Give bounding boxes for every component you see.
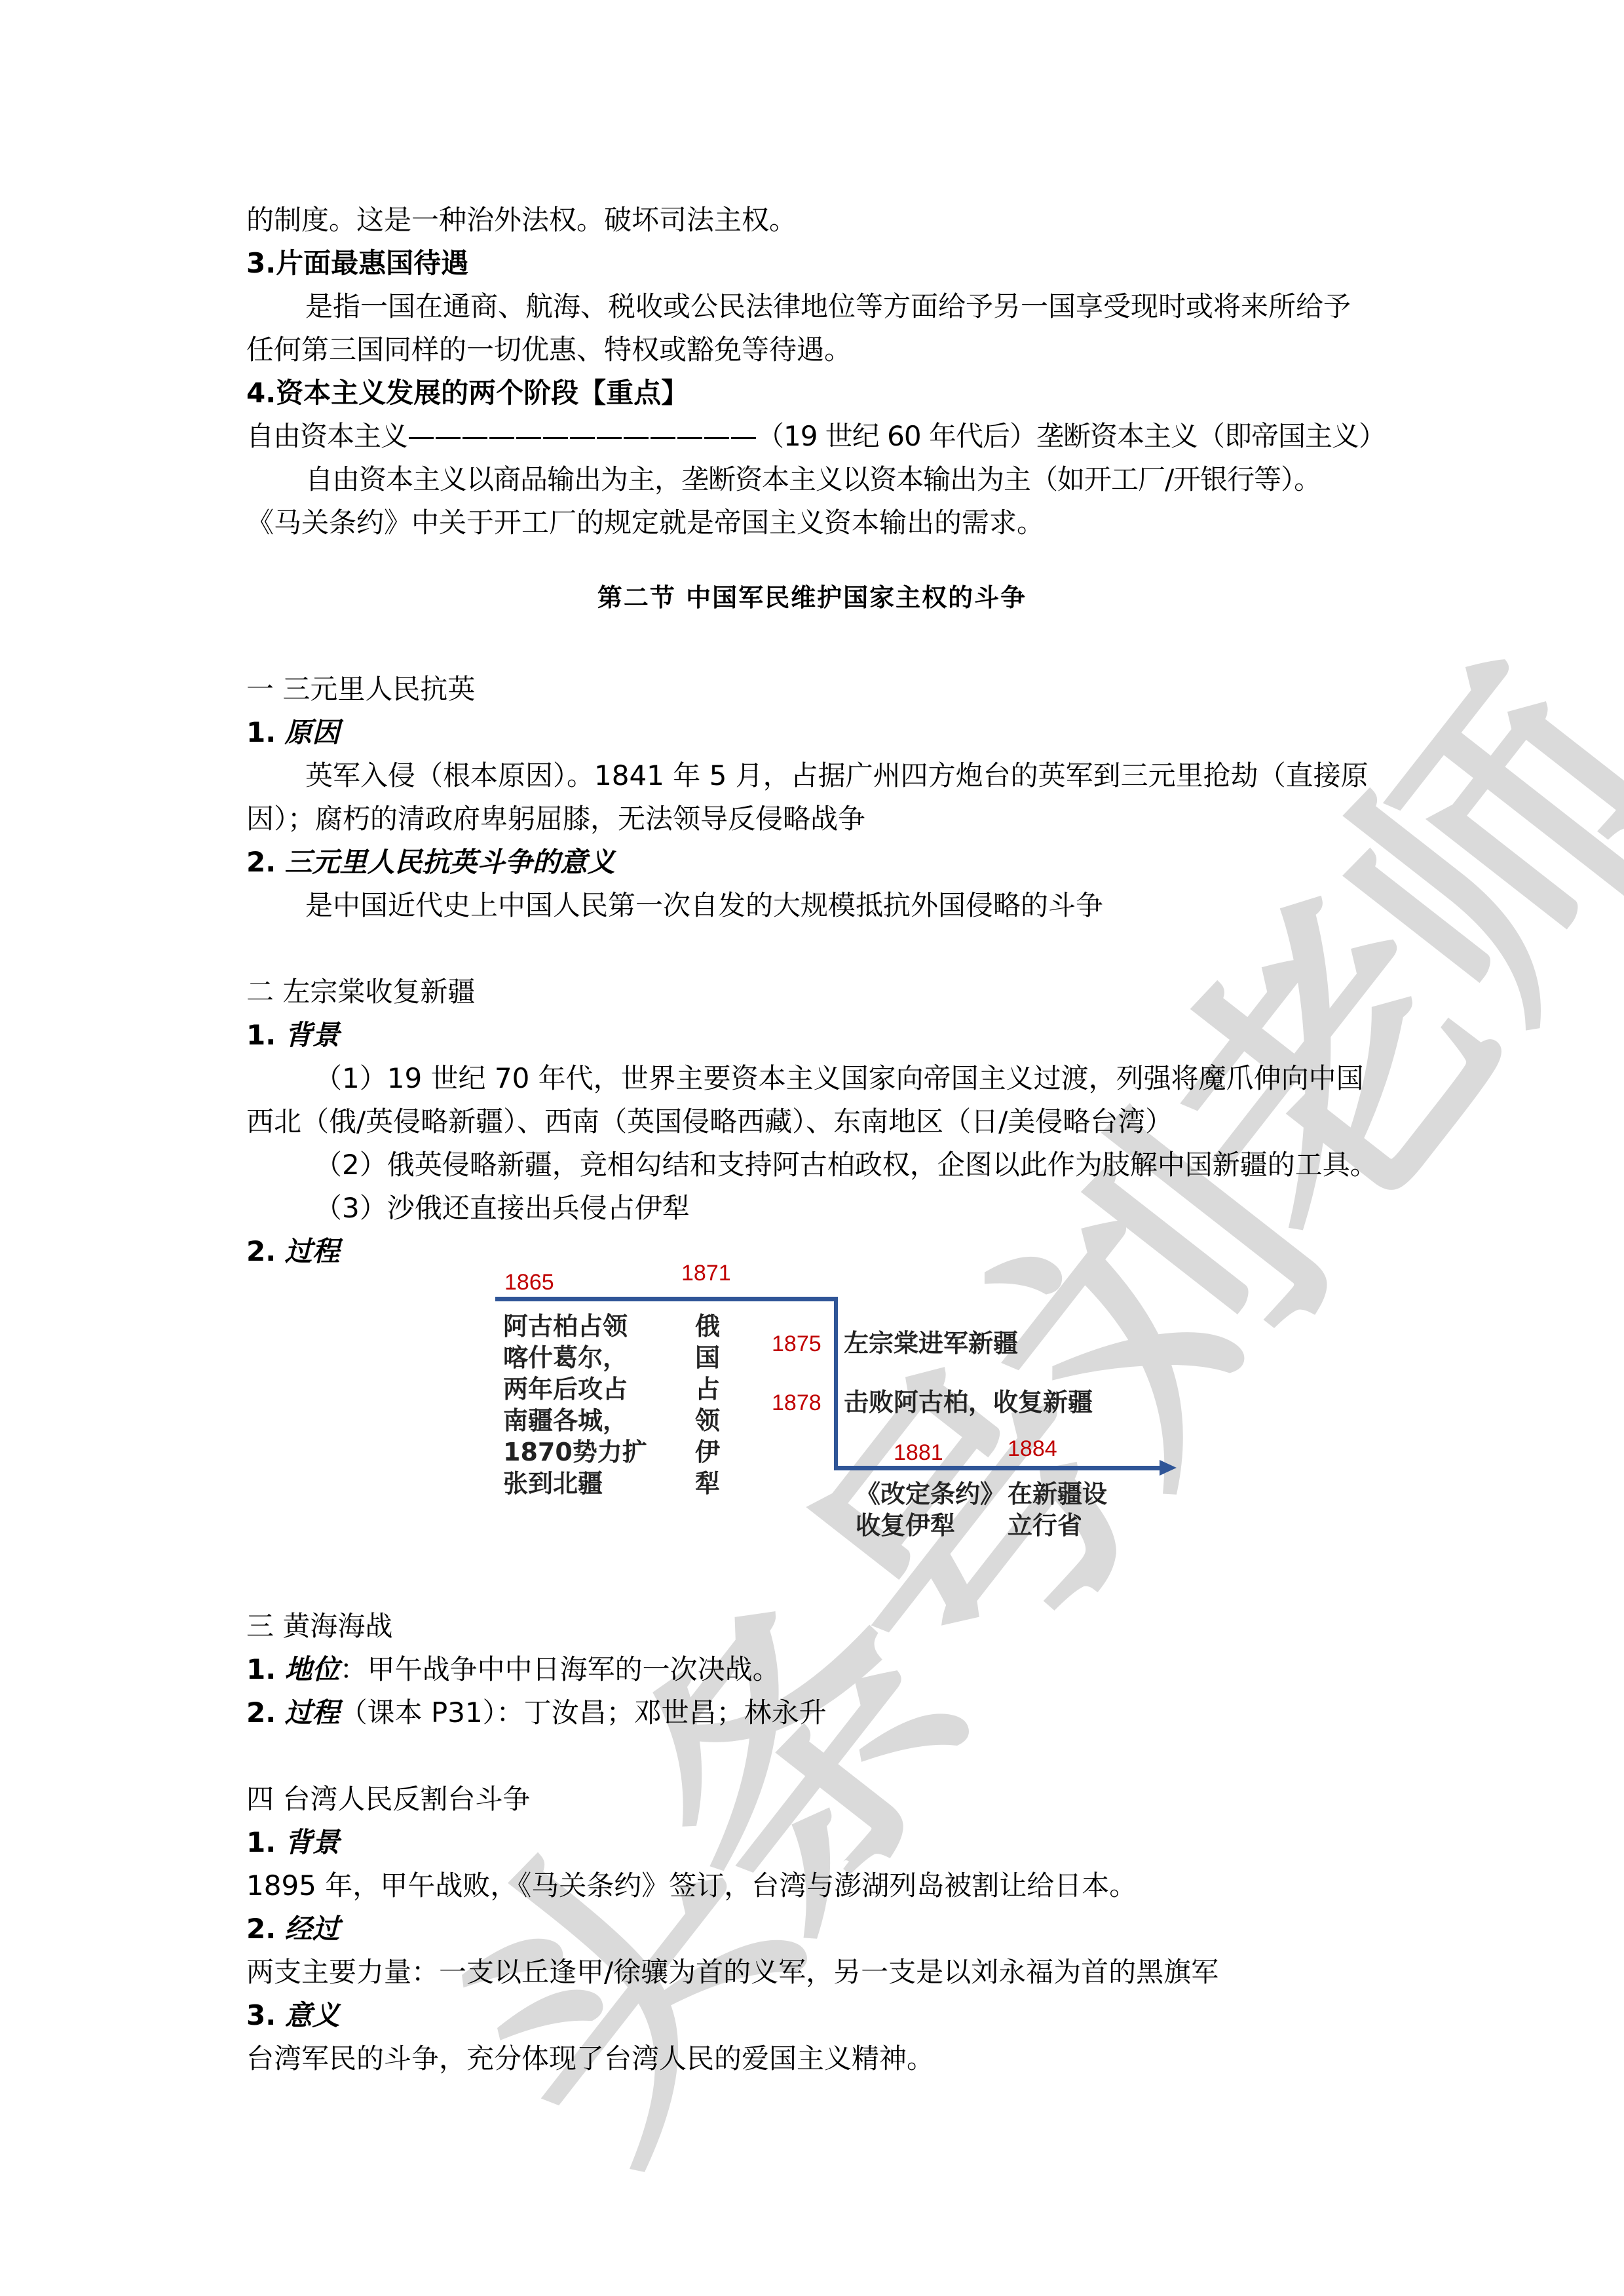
- part1-sub2-title: 三元里人民抗英斗争的意义: [285, 846, 615, 878]
- part1-sub1-line2: 因）；腐朽的清政府卑躬屈膝，无法领导反侵略战争: [246, 803, 865, 835]
- event-1884: 在新疆设 立行省: [1008, 1478, 1107, 1541]
- item3-title: 3.片面最惠国待遇: [246, 248, 468, 279]
- year-1865: 1865: [504, 1270, 554, 1295]
- timeline-bottom-line: [834, 1466, 1161, 1470]
- item4-line2: 自由资本主义以商品输出为主，垄断资本主义以资本输出为主（如开工厂/开银行等）。: [305, 464, 1321, 495]
- part3-sub1-title: 地位: [285, 1653, 340, 1685]
- part4-sub2-num: 2.: [246, 1913, 276, 1945]
- part1-sub1-num: 1.: [246, 716, 276, 748]
- part4-sub1-title: 背景: [285, 1826, 340, 1858]
- section-title: 第二节 中国军民维护国家主权的斗争: [0, 583, 1624, 612]
- item4-title: 4.资本主义发展的两个阶段【重点】: [246, 377, 689, 409]
- event-1875: 左宗棠进军新疆: [844, 1328, 1018, 1359]
- part3-sub1-num: 1.: [246, 1653, 276, 1685]
- part4-sub2: 2. 经过: [246, 1913, 340, 1945]
- part1-heading: 一 三元里人民抗英: [246, 674, 475, 705]
- part2-bg1-line1: （1）19 世纪 70 年代，世界主要资本主义国家向帝国主义过渡，列强将魔爪伸向…: [314, 1063, 1364, 1094]
- item3-body-line2: 任何第三国同样的一切优惠、特权或豁免等待遇。: [246, 334, 852, 366]
- year-1884: 1884: [1008, 1436, 1057, 1461]
- part4-sub2-title: 经过: [285, 1913, 340, 1945]
- year-1871: 1871: [681, 1261, 731, 1286]
- part1-sub1: 1. 原因: [246, 717, 340, 748]
- year-1878: 1878: [772, 1390, 821, 1415]
- event-1881: 《改定条约》 收复伊犁: [856, 1478, 1005, 1541]
- event-1878: 击败阿古柏，收复新疆: [844, 1387, 1093, 1418]
- part2-sub1: 1. 背景: [246, 1020, 340, 1051]
- timeline-vertical-line: [834, 1297, 838, 1468]
- part3-sub2-num: 2.: [246, 1696, 276, 1729]
- part3-sub2-text: （课本 P31）：丁汝昌；邓世昌；林永升: [340, 1696, 827, 1729]
- item4-line3: 《马关条约》中关于开工厂的规定就是帝国主义资本输出的需求。: [246, 507, 1044, 539]
- part4-sub1-text: 1895 年，甲午战败，《马关条约》签订，台湾与澎湖列岛被割让给日本。: [246, 1870, 1137, 1902]
- part2-sub2: 2. 过程: [246, 1236, 340, 1267]
- part2-bg2: （2）俄英侵略新疆，竞相勾结和支持阿古柏政权，企图以此作为肢解中国新疆的工具。: [314, 1149, 1378, 1181]
- part1-sub1-line1: 英军入侵（根本原因）。1841 年 5 月，占据广州四方炮台的英军到三元里抢劫（…: [305, 760, 1369, 792]
- part3-heading: 三 黄海海战: [246, 1611, 392, 1642]
- part3-sub2: 2. 过程（课本 P31）：丁汝昌；邓世昌；林永升: [246, 1697, 827, 1729]
- event-1865: 阿古柏占领 喀什葛尔， 两年后攻占 南疆各城， 1870势力扩 张到北疆: [503, 1311, 647, 1499]
- part2-sub2-title: 过程: [285, 1235, 340, 1267]
- part1-sub2: 2. 三元里人民抗英斗争的意义: [246, 847, 615, 878]
- part4-sub3-title: 意义: [285, 1999, 340, 2031]
- timeline-diagram: 1865 1871 阿古柏占领 喀什葛尔， 两年后攻占 南疆各城， 1870势力…: [485, 1258, 1218, 1559]
- item4-line1: 自由资本主义—————————————（19 世纪 60 年代后）垄断资本主义（…: [246, 421, 1386, 452]
- timeline-top-line: [495, 1297, 837, 1301]
- year-1875: 1875: [772, 1331, 821, 1356]
- part3-sub1: 1. 地位：甲午战争中中日海军的一次决战。: [246, 1654, 780, 1685]
- part1-sub2-num: 2.: [246, 846, 276, 878]
- year-1881: 1881: [894, 1440, 943, 1465]
- part2-bg1-line2: 西北（俄/英侵略新疆）、西南（英国侵略西藏）、东南地区（日/美侵略台湾）: [246, 1106, 1173, 1138]
- part3-sub1-text: ：甲午战争中中日海军的一次决战。: [340, 1653, 780, 1685]
- event-1871: 俄国占领伊犁: [693, 1311, 722, 1499]
- part2-sub2-num: 2.: [246, 1235, 276, 1267]
- part2-sub1-title: 背景: [285, 1019, 340, 1051]
- part4-sub1: 1. 背景: [246, 1827, 340, 1858]
- part1-sub2-line1: 是中国近代史上中国人民第一次自发的大规模抵抗外国侵略的斗争: [305, 890, 1103, 921]
- part3-sub2-title: 过程: [285, 1696, 340, 1729]
- arrow-right-icon: [1160, 1460, 1177, 1476]
- part1-sub1-title: 原因: [285, 716, 340, 748]
- part4-heading: 四 台湾人民反割台斗争: [246, 1784, 530, 1815]
- item3-body-line1: 是指一国在通商、航海、税收或公民法律地位等方面给予另一国享受现时或将来所给予: [305, 291, 1351, 322]
- part2-sub1-num: 1.: [246, 1019, 276, 1051]
- part4-sub3: 3. 意义: [246, 2000, 340, 2031]
- part4-sub2-text: 两支主要力量：一支以丘逢甲/徐骧为首的义军，另一支是以刘永福为首的黑旗军: [246, 1957, 1218, 1988]
- part4-sub3-text: 台湾军民的斗争，充分体现了台湾人民的爱国主义精神。: [246, 2043, 934, 2075]
- part4-sub1-num: 1.: [246, 1826, 276, 1858]
- document-page: 头条号刘老师 的制度。这是一种治外法权。破坏司法主权。 3.片面最惠国待遇 是指…: [0, 0, 1624, 2296]
- continuation-text: 的制度。这是一种治外法权。破坏司法主权。: [246, 204, 797, 236]
- part2-bg3: （3）沙俄还直接出兵侵占伊犁: [314, 1193, 690, 1224]
- part2-heading: 二 左宗棠收复新疆: [246, 976, 475, 1008]
- part4-sub3-num: 3.: [246, 1999, 276, 2031]
